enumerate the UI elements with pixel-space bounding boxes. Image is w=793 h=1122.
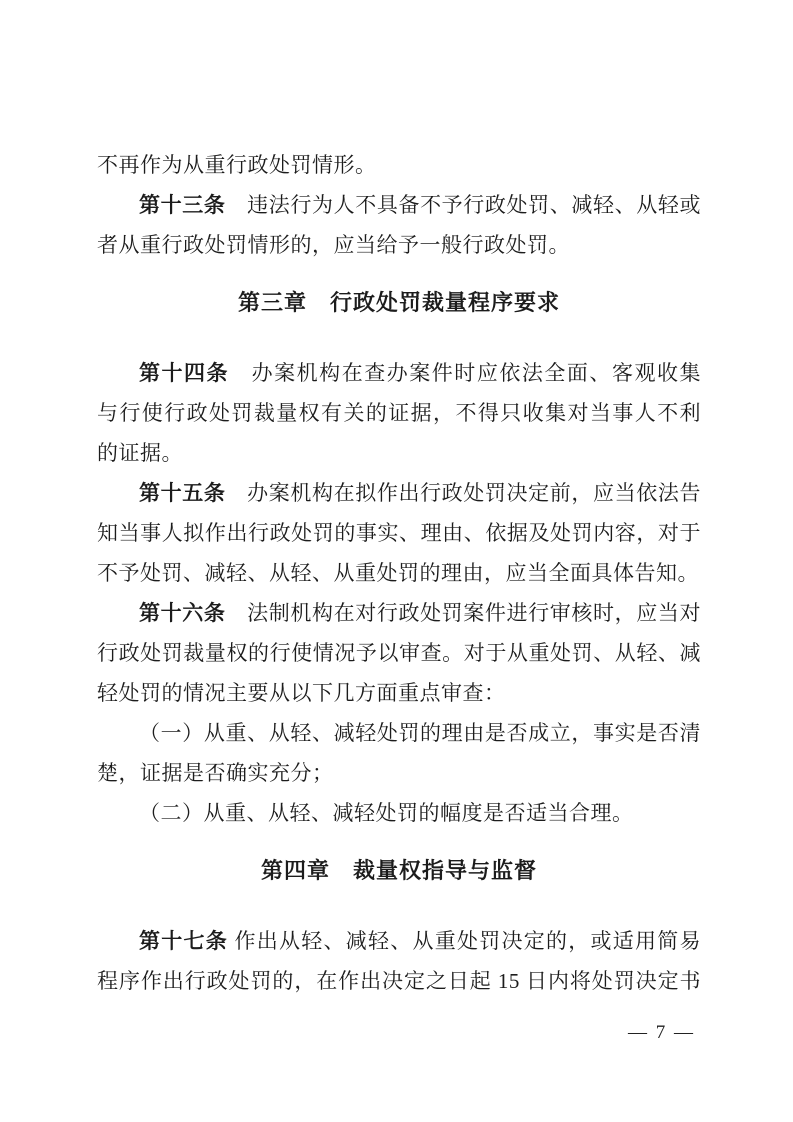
text-segment: 办案机构在拟作出行政处罚决定前，应当依法告 xyxy=(225,481,701,505)
text-segment: 办案机构在查办案件时应依法全面、客观收集 xyxy=(229,361,701,385)
text-line: 第十三条 违法行为人不具备不予行政处罚、减轻、从轻或 xyxy=(97,185,701,225)
text-line: 第十六条 法制机构在对行政处罚案件进行审核时，应当对 xyxy=(97,593,701,633)
text-line: 不再作为从重行政处罚情形。 xyxy=(97,145,701,185)
article-number: 第十六条 xyxy=(139,602,225,625)
article-number: 第十三条 xyxy=(139,194,225,217)
text-segment: 作出从轻、减轻、从重处罚决定的，或适用简易 xyxy=(228,929,701,953)
page-number: — 7 — xyxy=(628,1022,695,1044)
text-segment: 法制机构在对行政处罚案件进行审核时，应当对 xyxy=(225,601,701,625)
text-line: 知当事人拟作出行政处罚的事实、理由、依据及处罚内容，对于 xyxy=(97,513,701,553)
text-line: 的证据。 xyxy=(97,433,701,473)
text-segment: 的证据。 xyxy=(97,441,183,465)
chapter-heading: 第四章 裁量权指导与监督 xyxy=(97,851,701,891)
text-segment: 者从重行政处罚情形的，应当给予一般行政处罚。 xyxy=(97,233,570,257)
document-body: 不再作为从重行政处罚情形。第十三条 违法行为人不具备不予行政处罚、减轻、从轻或者… xyxy=(97,145,701,1001)
text-line: 与行使行政处罚裁量权有关的证据，不得只收集对当事人不利 xyxy=(97,393,701,433)
document-page: 不再作为从重行政处罚情形。第十三条 违法行为人不具备不予行政处罚、减轻、从轻或者… xyxy=(0,0,793,1122)
text-line: 第十五条 办案机构在拟作出行政处罚决定前，应当依法告 xyxy=(97,473,701,513)
text-segment: 楚，证据是否确实充分； xyxy=(97,761,334,785)
chapter-heading: 第三章 行政处罚裁量程序要求 xyxy=(97,283,701,323)
text-line: 楚，证据是否确实充分； xyxy=(97,753,701,793)
text-segment: 不再作为从重行政处罚情形。 xyxy=(97,153,377,177)
text-segment: （二）从重、从轻、减轻处罚的幅度是否适当合理。 xyxy=(139,801,634,825)
text-segment: 违法行为人不具备不予行政处罚、减轻、从轻或 xyxy=(225,193,701,217)
text-line: （二）从重、从轻、减轻处罚的幅度是否适当合理。 xyxy=(97,793,701,833)
text-line: 者从重行政处罚情形的，应当给予一般行政处罚。 xyxy=(97,225,701,265)
text-line: 行政处罚裁量权的行使情况予以审查。对于从重处罚、从轻、减 xyxy=(97,633,701,673)
text-line: 第十四条 办案机构在查办案件时应依法全面、客观收集 xyxy=(97,353,701,393)
text-segment: 程序作出行政处罚的，在作出决定之日起 15 日内将处罚决定书 xyxy=(97,969,701,993)
text-segment: 不予处罚、减轻、从轻、从重处罚的理由，应当全面具体告知。 xyxy=(97,561,699,585)
text-segment: 知当事人拟作出行政处罚的事实、理由、依据及处罚内容，对于 xyxy=(97,521,701,545)
text-segment: 行政处罚裁量权的行使情况予以审查。对于从重处罚、从轻、减 xyxy=(97,641,701,665)
text-segment: （一）从重、从轻、减轻处罚的理由是否成立，事实是否清 xyxy=(139,721,701,745)
article-number: 第十四条 xyxy=(139,362,229,385)
text-line: 程序作出行政处罚的，在作出决定之日起 15 日内将处罚决定书 xyxy=(97,961,701,1001)
article-number: 第十五条 xyxy=(139,482,225,505)
article-number: 第十七条 xyxy=(139,930,228,953)
text-line: 不予处罚、减轻、从轻、从重处罚的理由，应当全面具体告知。 xyxy=(97,553,701,593)
text-segment: 与行使行政处罚裁量权有关的证据，不得只收集对当事人不利 xyxy=(97,401,701,425)
text-segment: 轻处罚的情况主要从以下几方面重点审查： xyxy=(97,681,506,705)
text-line: 轻处罚的情况主要从以下几方面重点审查： xyxy=(97,673,701,713)
text-line: 第十七条 作出从轻、减轻、从重处罚决定的，或适用简易 xyxy=(97,921,701,961)
text-line: （一）从重、从轻、减轻处罚的理由是否成立，事实是否清 xyxy=(97,713,701,753)
